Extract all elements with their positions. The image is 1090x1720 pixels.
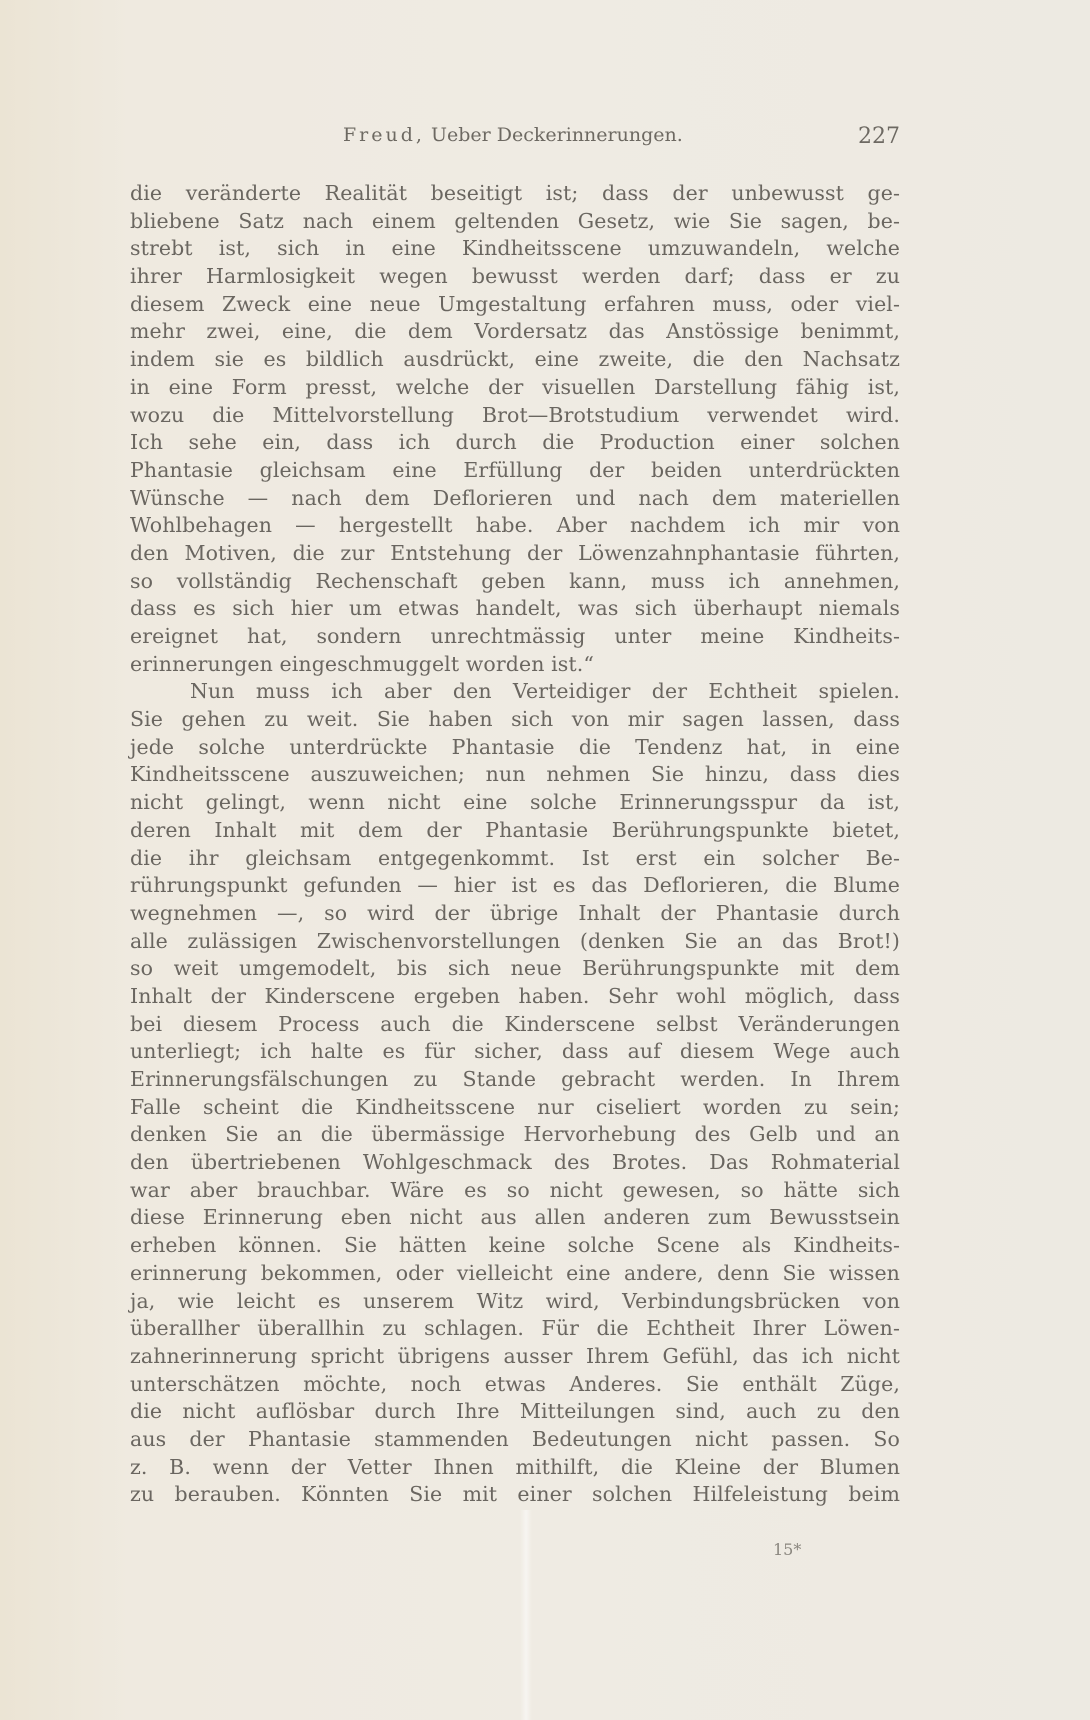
text-line: indem sie es bildlich ausdrückt, eine zw… [130, 346, 900, 374]
text-line: war aber brauchbar. Wäre es so nicht gew… [130, 1177, 900, 1205]
text-line: bliebene Satz nach einem geltenden Geset… [130, 208, 900, 236]
text-line: Wohlbehagen — hergestellt habe. Aber nac… [130, 512, 900, 540]
body-text: die veränderte Realität beseitigt ist; d… [130, 180, 900, 1509]
signature-mark: 15* [773, 1540, 801, 1559]
text-line: zu berauben. Könnten Sie mit einer solch… [130, 1481, 900, 1509]
text-line: dass es sich hier um etwas handelt, was … [130, 595, 900, 623]
running-head: Freud, Ueber Deckerinnerungen. 227 [130, 124, 900, 154]
text-line: die ihr gleichsam entgegenkommt. Ist ers… [130, 845, 900, 873]
text-line: die nicht auflösbar durch Ihre Mitteilun… [130, 1398, 900, 1426]
paragraph-start-line: Nun muss ich aber den Verteidiger der Ec… [130, 678, 900, 706]
text-line: erheben können. Sie hätten keine solche … [130, 1232, 900, 1260]
text-line: Wünsche — nach dem Deflorieren und nach … [130, 485, 900, 513]
text-line: unterschätzen möchte, noch etwas Anderes… [130, 1371, 900, 1399]
text-line: ja, wie leicht es unserem Witz wird, Ver… [130, 1288, 900, 1316]
text-line: die veränderte Realität beseitigt ist; d… [130, 180, 900, 208]
paper-crease [520, 1510, 532, 1720]
text-line: ereignet hat, sondern unrechtmässig unte… [130, 623, 900, 651]
text-line: so weit umgemodelt, bis sich neue Berühr… [130, 955, 900, 983]
text-line: Falle scheint die Kindheitsscene nur cis… [130, 1094, 900, 1122]
running-head-title: Ueber Deckerinnerungen. [431, 124, 683, 146]
text-line: Ich sehe ein, dass ich durch die Product… [130, 429, 900, 457]
text-line: jede solche unterdrückte Phantasie die T… [130, 734, 900, 762]
text-line: erinnerungen eingeschmuggelt worden ist.… [130, 651, 900, 679]
text-line: mehr zwei, eine, die dem Vordersatz das … [130, 318, 900, 346]
text-line: erinnerung bekommen, oder vielleicht ein… [130, 1260, 900, 1288]
running-head-author: Freud, [343, 124, 425, 146]
text-line: aus der Phantasie stammenden Bedeutungen… [130, 1426, 900, 1454]
text-line: den übertriebenen Wohlgeschmack des Brot… [130, 1149, 900, 1177]
text-line: bei diesem Process auch die Kinderscene … [130, 1011, 900, 1039]
text-line: alle zulässigen Zwischenvorstellungen (d… [130, 928, 900, 956]
text-line: überallher überallhin zu schlagen. Für d… [130, 1315, 900, 1343]
text-line: deren Inhalt mit dem der Phantasie Berüh… [130, 817, 900, 845]
text-line: strebt ist, sich in eine Kindheitsscene … [130, 235, 900, 263]
text-line: Phantasie gleichsam eine Erfüllung der b… [130, 457, 900, 485]
text-line: unterliegt; ich halte es für sicher, das… [130, 1038, 900, 1066]
text-line: wegnehmen —, so wird der übrige Inhalt d… [130, 900, 900, 928]
running-title: Freud, Ueber Deckerinnerungen. [343, 124, 683, 146]
text-line: Kindheitsscene auszuweichen; nun nehmen … [130, 761, 900, 789]
text-line: diesem Zweck eine neue Umgestaltung erfa… [130, 291, 900, 319]
text-line: rührungspunkt gefunden — hier ist es das… [130, 872, 900, 900]
text-line: den Motiven, die zur Entstehung der Löwe… [130, 540, 900, 568]
text-line: diese Erinnerung eben nicht aus allen an… [130, 1204, 900, 1232]
text-line: wozu die Mittelvorstellung Brot—Brotstud… [130, 402, 900, 430]
text-line: Sie gehen zu weit. Sie haben sich von mi… [130, 706, 900, 734]
text-line: in eine Form presst, welche der visuelle… [130, 374, 900, 402]
text-line: Inhalt der Kinderscene ergeben haben. Se… [130, 983, 900, 1011]
text-line: so vollständig Rechenschaft geben kann, … [130, 568, 900, 596]
text-line: ihrer Harmlosigkeit wegen bewusst werden… [130, 263, 900, 291]
text-line: denken Sie an die übermässige Hervorhebu… [130, 1121, 900, 1149]
text-line: z. B. wenn der Vetter Ihnen mithilft, di… [130, 1454, 900, 1482]
text-line: nicht gelingt, wenn nicht eine solche Er… [130, 789, 900, 817]
book-page: Freud, Ueber Deckerinnerungen. 227 die v… [0, 0, 1090, 1720]
text-line: zahnerinnerung spricht übrigens ausser I… [130, 1343, 900, 1371]
text-line: Erinnerungsfälschungen zu Stande gebrach… [130, 1066, 900, 1094]
page-number: 227 [858, 124, 900, 149]
